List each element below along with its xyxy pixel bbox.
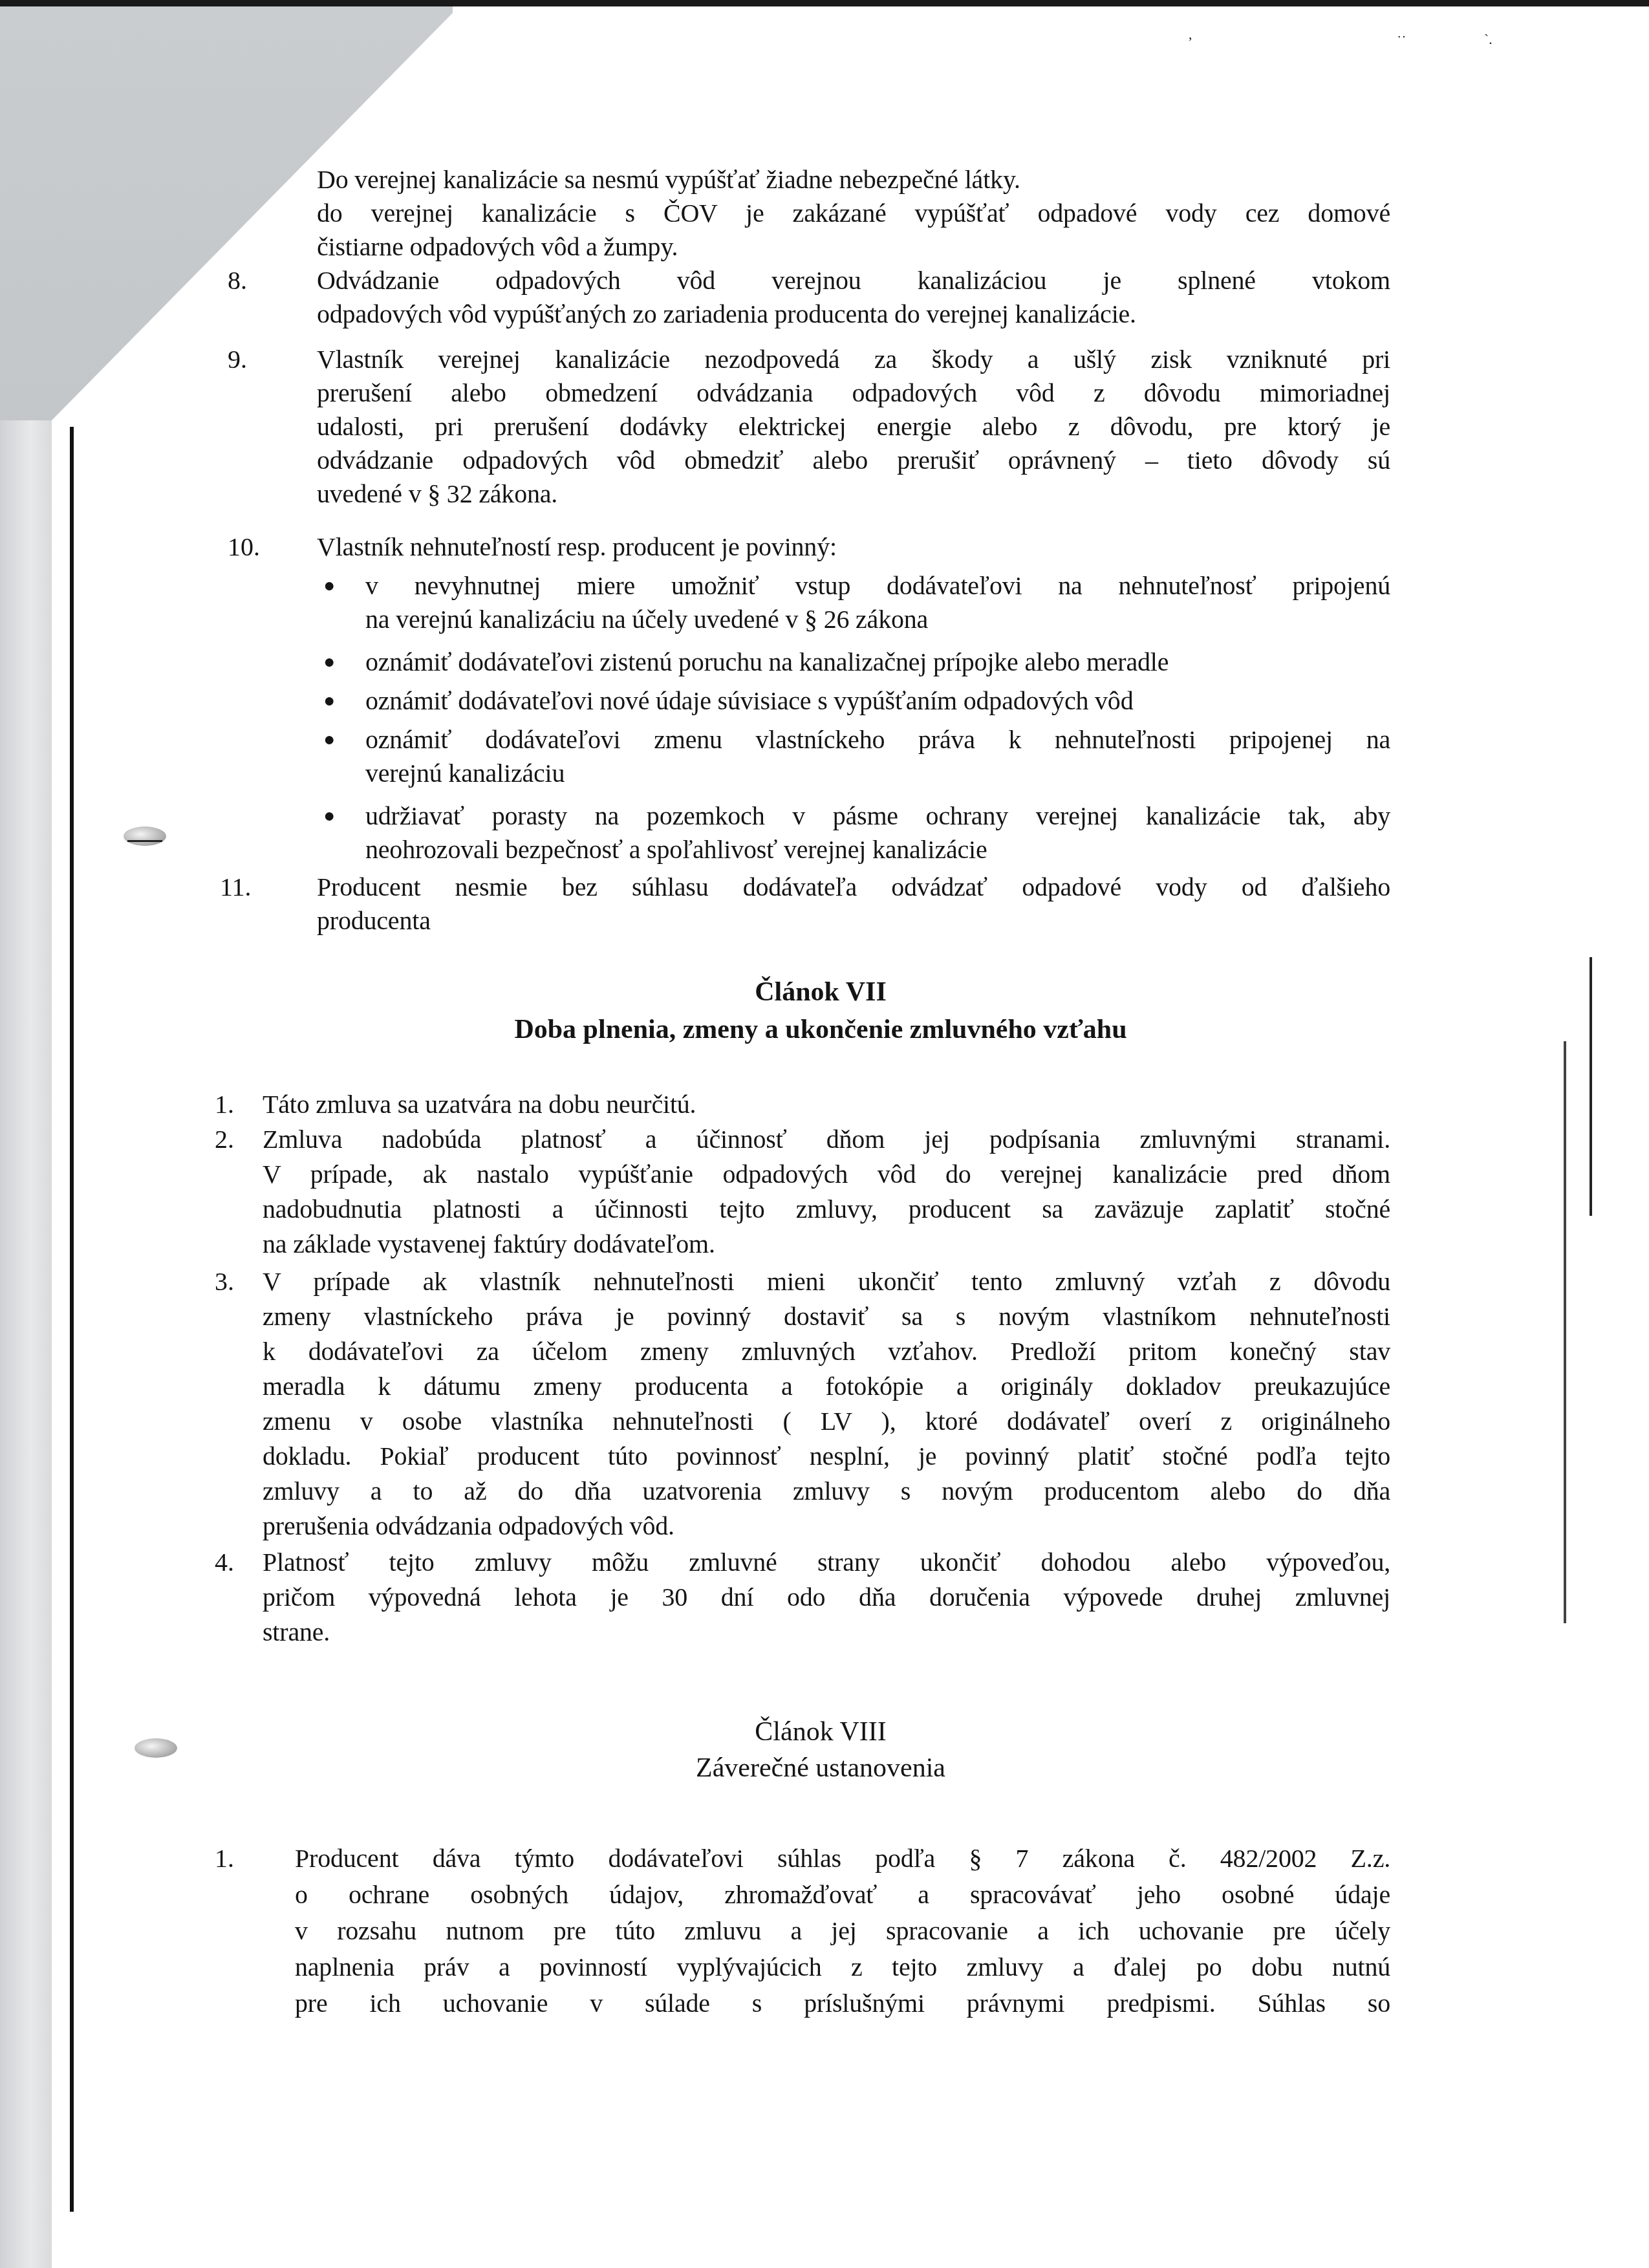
paragraph-line: zmluvy a to až do dňa uzatvorenia zmluvy…: [263, 1474, 1390, 1508]
item-number: 10.: [228, 530, 260, 564]
article-subtitle: Doba plnenia, zmeny a ukončenie zmluvnéh…: [0, 1013, 1645, 1046]
bullet-line: v nevyhnutnej miere umožniť vstup dodáva…: [365, 569, 1390, 603]
item-number: 2.: [215, 1123, 234, 1156]
paragraph-line: udalosti, pri prerušení dodávky elektric…: [317, 410, 1390, 444]
paragraph-line: zmenu v osobe vlastníka nehnuteľnosti ( …: [263, 1405, 1390, 1438]
article-title: Článok VIII: [0, 1715, 1645, 1749]
bullet-line: neohrozovali bezpečnosť a spoľahlivosť v…: [365, 833, 987, 867]
paragraph-line: Vlastník nehnuteľností resp. producent j…: [317, 530, 837, 564]
paragraph-line: Platnosť tejto zmluvy môžu zmluvné stran…: [263, 1546, 1390, 1579]
bullet-line: na verejnú kanalizáciu na účely uvedené …: [365, 603, 928, 636]
paragraph-line: prerušení alebo obmedzení odvádzania odp…: [317, 376, 1390, 410]
paragraph-line: naplnenia práv a povinností vyplývajúcic…: [295, 1950, 1390, 1984]
item-number: 9.: [228, 343, 247, 376]
paragraph-line: na základe vystavenej faktúry dodávateľo…: [263, 1227, 715, 1261]
document-page: Do verejnej kanalizácie sa nesmú vypúšťa…: [0, 0, 1649, 2268]
bullet-line: verejnú kanalizáciu: [365, 757, 565, 790]
paragraph-line: Zmluva nadobúda platnosť a účinnosť dňom…: [263, 1123, 1390, 1156]
paragraph-line: strane.: [263, 1615, 330, 1649]
bullet-icon: ●: [323, 645, 335, 679]
article-subtitle: Záverečné ustanovenia: [0, 1751, 1645, 1785]
paragraph-line: meradla k dátumu zmeny producenta a foto…: [263, 1370, 1390, 1403]
paragraph-line: odvádzanie odpadových vôd obmedziť alebo…: [317, 444, 1390, 477]
paragraph-line: uvedené v § 32 zákona.: [317, 477, 557, 511]
paragraph-line: Producent dáva týmto dodávateľovi súhlas…: [295, 1842, 1390, 1875]
bullet-line: udržiavať porasty na pozemkoch v pásme o…: [365, 799, 1390, 833]
bullet-icon: ●: [323, 684, 335, 718]
bullet-line: oznámiť dodávateľovi zmenu vlastníckeho …: [365, 723, 1390, 757]
paragraph-line: pre ich uchovanie v súlade s príslušnými…: [295, 1987, 1390, 2020]
paragraph-line: do verejnej kanalizácie s ČOV je zakázan…: [317, 197, 1390, 230]
paragraph-line: o ochrane osobných údajov, zhromažďovať …: [295, 1878, 1390, 1912]
paragraph-line: V prípade ak vlastník nehnuteľnosti mien…: [263, 1265, 1390, 1299]
item-number: 4.: [215, 1546, 234, 1579]
paragraph-line: dokladu. Pokiaľ producent túto povinnosť…: [263, 1440, 1390, 1473]
bullet-icon: ●: [323, 799, 335, 833]
paragraph-line: pričom výpovedná lehota je 30 dní odo dň…: [263, 1581, 1390, 1614]
item-number: 1.: [215, 1088, 234, 1121]
paragraph-line: čistiarne odpadových vôd a žumpy.: [317, 230, 678, 264]
paragraph-line: prerušenia odvádzania odpadových vôd.: [263, 1509, 674, 1543]
paragraph-line: Do verejnej kanalizácie sa nesmú vypúšťa…: [317, 163, 1020, 197]
paragraph-line: V prípade, ak nastalo vypúšťanie odpadov…: [263, 1158, 1390, 1191]
bullet-line: oznámiť dodávateľovi zistenú poruchu na …: [365, 645, 1169, 679]
paragraph-line: Odvádzanie odpadových vôd verejnou kanal…: [317, 264, 1390, 297]
bullet-line: oznámiť dodávateľovi nové údaje súvisiac…: [365, 684, 1133, 718]
paragraph-line: Producent nesmie bez súhlasu dodávateľa …: [317, 870, 1390, 904]
paragraph-line: k dodávateľovi za účelom zmeny zmluvných…: [263, 1335, 1390, 1368]
bullet-icon: ●: [323, 569, 335, 603]
paragraph-line: zmeny vlastníckeho práva je povinný dost…: [263, 1300, 1390, 1334]
bullet-icon: ●: [323, 723, 335, 757]
paragraph-line: Táto zmluva sa uzatvára na dobu neurčitú…: [263, 1088, 696, 1121]
item-number: 3.: [215, 1265, 234, 1299]
paragraph-line: v rozsahu nutnom pre túto zmluvu a jej s…: [295, 1914, 1390, 1948]
item-number: 11.: [220, 870, 252, 904]
paragraph-line: Vlastník verejnej kanalizácie nezodpoved…: [317, 343, 1390, 376]
item-number: 8.: [228, 264, 247, 297]
article-title: Článok VII: [0, 975, 1645, 1009]
item-number: 1.: [215, 1842, 234, 1875]
paragraph-line: odpadových vôd vypúšťaných zo zariadenia…: [317, 297, 1136, 331]
paragraph-line: producenta: [317, 904, 431, 938]
paragraph-line: nadobudnutia platnosti a účinnosti tejto…: [263, 1193, 1390, 1226]
